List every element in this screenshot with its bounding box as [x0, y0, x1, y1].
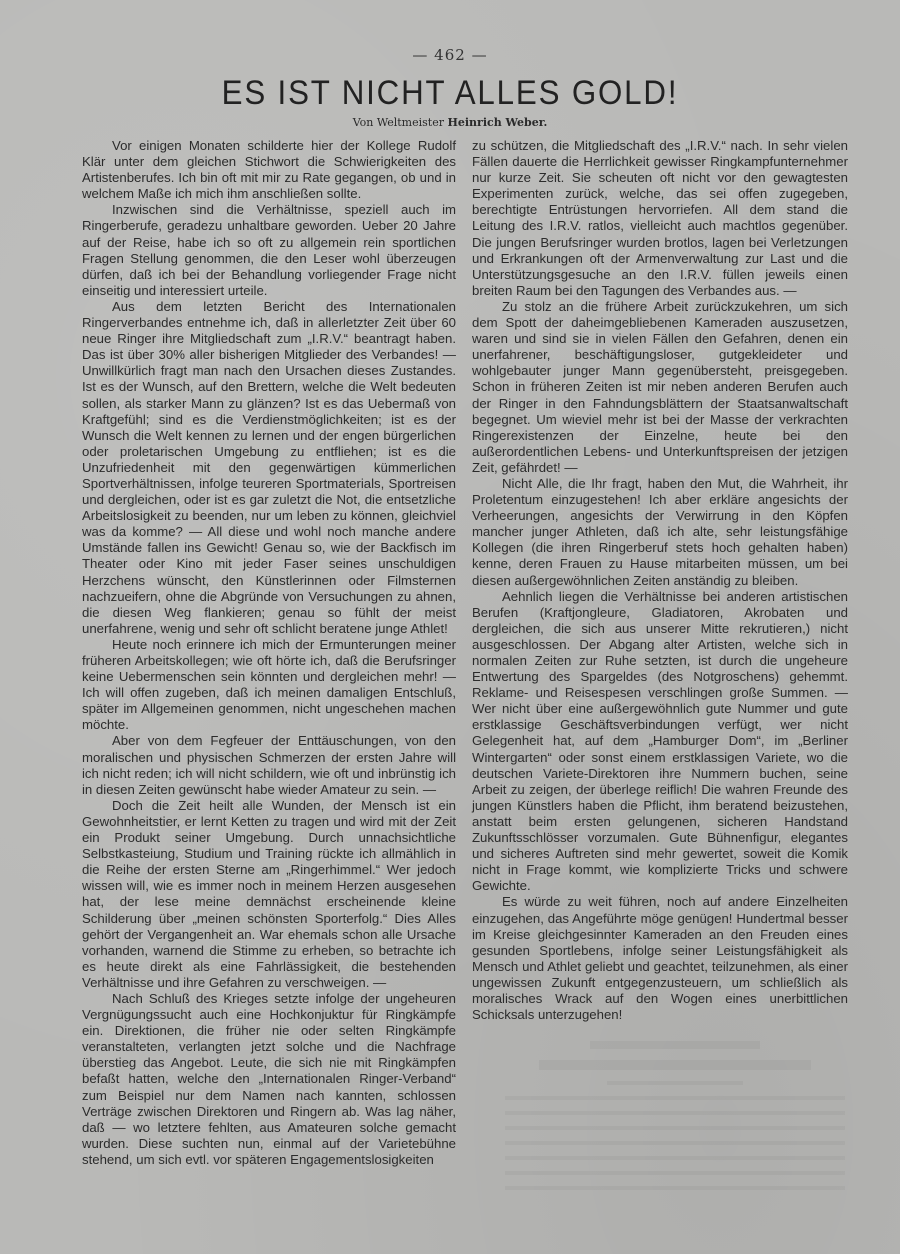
article-title: ES IST NICHT ALLES GOLD! [36, 74, 864, 113]
paragraph: Nach Schluß des Krieges setzte infolge d… [82, 991, 456, 1168]
byline: Von Weltmeister Heinrich Weber. [0, 116, 900, 129]
paragraph: Doch die Zeit heilt alle Wunden, der Men… [82, 798, 456, 991]
paragraph: Aus dem letzten Bericht des Internationa… [82, 299, 456, 637]
left-column: Vor einigen Monaten schilderte hier der … [82, 138, 456, 1168]
page-number: — 462 — [0, 46, 900, 64]
paragraph: Nicht Alle, die Ihr fragt, haben den Mut… [472, 476, 848, 589]
bleed-through-text [505, 1030, 845, 1201]
right-column: zu schützen, die Mitgliedschaft des „I.R… [472, 138, 848, 1023]
byline-author: Heinrich Weber. [447, 116, 547, 129]
paragraph: Inzwischen sind die Verhältnisse, spezie… [82, 202, 456, 299]
byline-prefix: Von Weltmeister [353, 116, 444, 129]
paragraph: Heute noch erinnere ich mich der Ermunte… [82, 637, 456, 734]
paragraph: Aber von dem Fegfeuer der Enttäuschungen… [82, 733, 456, 797]
paragraph: Aehnlich liegen die Verhältnisse bei and… [472, 589, 848, 895]
paragraph: Vor einigen Monaten schilderte hier der … [82, 138, 456, 202]
paragraph: zu schützen, die Mitgliedschaft des „I.R… [472, 138, 848, 299]
paragraph: Es würde zu weit führen, noch auf andere… [472, 894, 848, 1023]
paragraph: Zu stolz an die frühere Arbeit zurückzuk… [472, 299, 848, 476]
